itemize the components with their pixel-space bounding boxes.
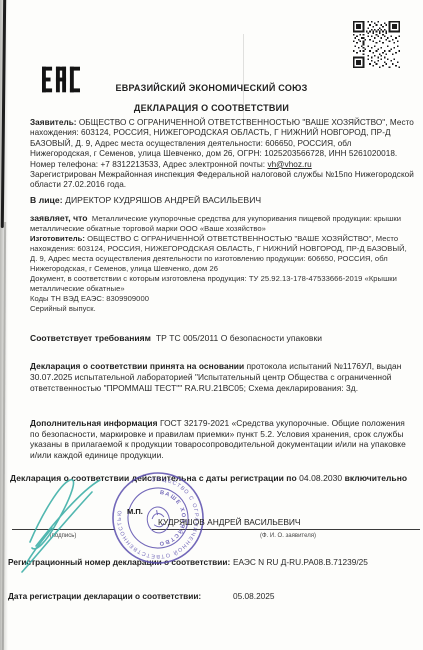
basis-paragraph: Декларация о соответствии принята на осн…: [30, 361, 414, 394]
manufacturer-line: Изготовитель: ОБЩЕСТВО С ОГРАНИЧЕННОЙ ОТ…: [30, 234, 414, 274]
registration-date-row: Дата регистрации декларации о соответств…: [8, 591, 417, 602]
additional-info-paragraph: Дополнительная информация ГОСТ 32179-202…: [30, 418, 414, 460]
declares-product-line: заявляет, что Металлические укупорочные …: [30, 213, 414, 234]
applicant-registered-line: Зарегистрирован Межрайонная инспекция Фе…: [30, 170, 414, 191]
manufacturer-text: ОБЩЕСТВО С ОГРАНИЧЕННОЙ ОТВЕТСТВЕННОСТЬЮ…: [30, 234, 407, 273]
registration-date-value: 05.08.2025: [233, 591, 275, 602]
manufacturer-label: Изготовитель:: [30, 234, 85, 243]
fio-caption: (Ф. И. О. заявителя): [245, 533, 331, 539]
compliance-line: Соответствует требованиям ТР ТС 005/2011…: [30, 333, 414, 343]
union-title: ЕВРАЗИЙСКИЙ ЭКОНОМИЧЕСКИЙ СОЮЗ: [0, 83, 423, 93]
tnved-code-line: Коды ТН ВЭД ЕАЭС: 8309909000: [30, 294, 414, 304]
compliance-label: Соответствует требованиям: [30, 333, 151, 343]
declaration-subject: заявляет, что Металлические укупорочные …: [30, 213, 414, 314]
declarant-name: КУДРЯШОВ АНДРЕЙ ВАСИЛЬЕВИЧ: [158, 517, 301, 527]
declares-label: заявляет, что: [30, 213, 88, 223]
compliance-value: ТР ТС 005/2011 О безопасности упаковки: [156, 333, 322, 343]
representative-value: ДИРЕКТОР КУДРЯШОВ АНДРЕЙ ВАСИЛЬЕВИЧ: [65, 195, 261, 205]
validity-date: 04.08.2030: [299, 473, 342, 483]
applicant-text: ОБЩЕСТВО С ОГРАНИЧЕННОЙ ОТВЕТСТВЕННОСТЬЮ…: [30, 118, 414, 169]
issue-type-line: Серийный выпуск.: [30, 304, 414, 314]
eac-logo-icon: [42, 63, 80, 101]
email-link[interactable]: vh@vhoz.ru: [267, 160, 311, 169]
validity-suffix: включительно: [345, 473, 408, 483]
document-page: ЕВРАЗИЙСКИЙ ЭКОНОМИЧЕСКИЙ СОЮЗ ДЕКЛАРАЦИ…: [0, 0, 423, 650]
representative-line: В лице: ДИРЕКТОР КУДРЯШОВ АНДРЕЙ ВАСИЛЬЕ…: [30, 195, 414, 205]
representative-label: В лице:: [30, 195, 63, 205]
qr-code-icon: [351, 21, 402, 73]
registration-number-value: ЕАЭС N RU Д-RU.РА08.В.71239/25: [233, 557, 368, 568]
basis-label: Декларация о соответствии принята на осн…: [30, 361, 244, 371]
document-title: ДЕКЛАРАЦИЯ О СООТВЕТСТВИИ: [0, 103, 423, 113]
product-document-line: Документ, в соответствии с которым изгот…: [30, 274, 414, 294]
applicant-paragraph: Заявитель: ОБЩЕСТВО С ОГРАНИЧЕННОЙ ОТВЕТ…: [30, 118, 414, 191]
applicant-label: Заявитель:: [30, 118, 77, 127]
registration-date-label: Дата регистрации декларации о соответств…: [8, 591, 201, 601]
additional-info-label: Дополнительная информация: [30, 418, 158, 428]
signature-ink: [14, 476, 129, 576]
stamp-place-label: М.П.: [127, 507, 143, 516]
